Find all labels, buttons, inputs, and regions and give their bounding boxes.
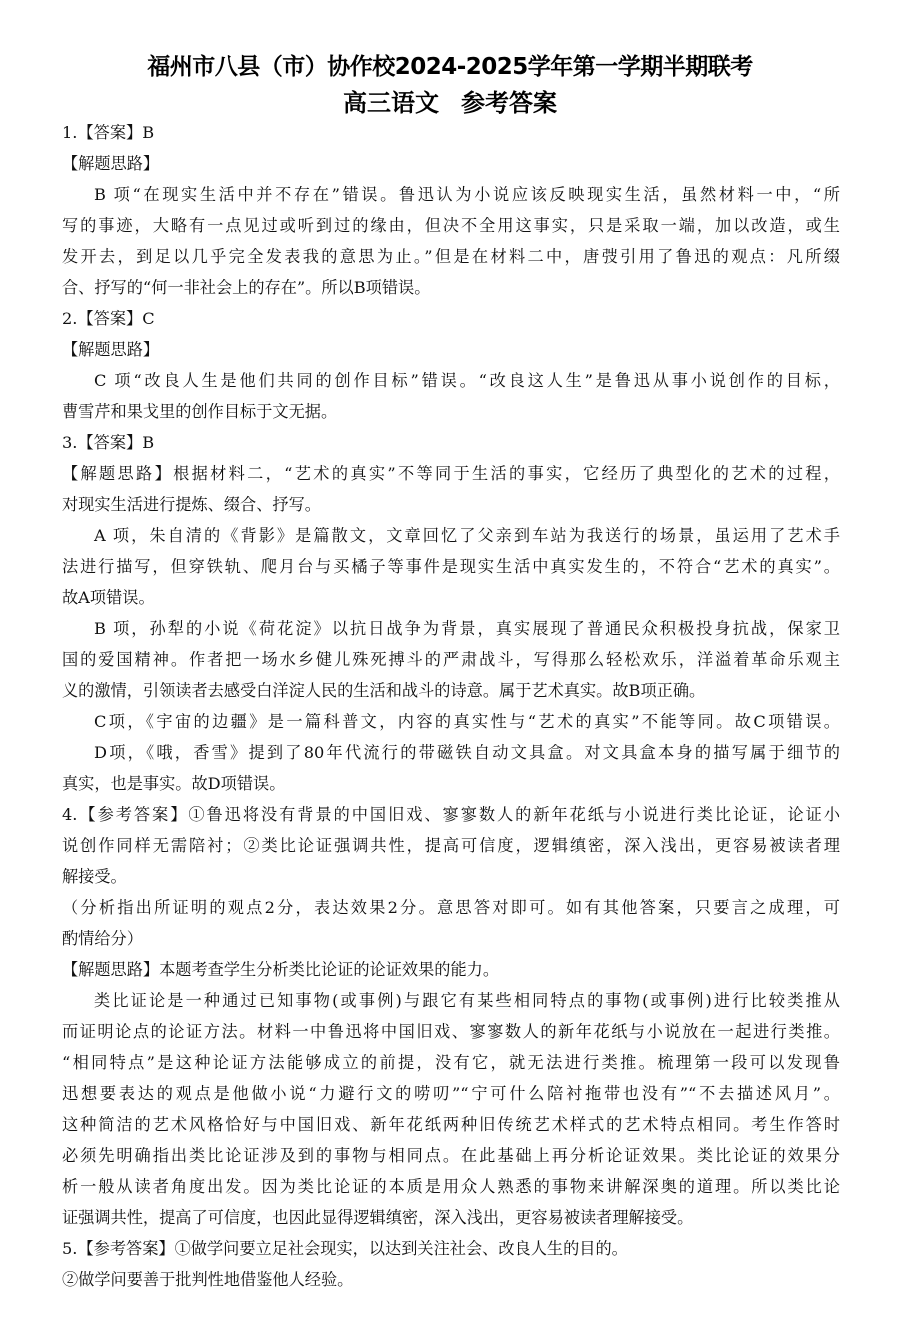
answer-line: 1.【答案】B <box>62 117 840 148</box>
question-3: 3.【答案】B 【解题思路】根据材料二，“艺术的真实”不等同于生活的事实，它经历… <box>62 427 840 799</box>
scoring-note-line: 酌情给分） <box>62 923 840 954</box>
answer-content: 1.【答案】B 【解题思路】 B 项“在现实生活中并不存在”错误。鲁迅认为小说应… <box>62 117 840 1295</box>
analysis-line: 对现实生活进行提炼、缀合、抒写。 <box>62 489 840 520</box>
answer-value: B <box>142 123 154 142</box>
analysis-line: 发开去，到足以几乎完全发表我的意思为止。”但是在材料二中，唐弢引用了鲁迅的观点：… <box>62 241 840 272</box>
analysis-label: 【解题思路】 <box>62 148 840 179</box>
analysis-label: 【解题思路】 <box>62 960 159 979</box>
option-a-line: A 项，朱自清的《背影》是篇散文，文章回忆了父亲到车站为我送行的场景，虽运用了艺… <box>62 520 840 551</box>
option-b-line: 义的激情，引领读者去感受白洋淀人民的生活和战斗的诗意。属于艺术真实。故B项正确。 <box>62 675 840 706</box>
answer-line: 说创作同样无需陪衬；②类比论证强调共性，提高可信度，逻辑缜密，深入浅出，更容易被… <box>62 830 840 861</box>
document-subtitle: 高三语文参考答案 <box>0 83 900 118</box>
question-number: 2. <box>62 309 77 328</box>
analysis-line: 写的事迹，大略有一点见过或听到过的缘由，但决不全用这事实，只是采取一端，加以改造… <box>62 210 840 241</box>
answer-line: 4.【参考答案】①鲁迅将没有背景的中国旧戏、寥寥数人的新年花纸与小说进行类比论证… <box>62 799 840 830</box>
subtitle-type: 参考答案 <box>461 89 557 117</box>
analysis-label: 【解题思路】 <box>62 334 840 365</box>
analysis-label: 【解题思路】 <box>62 464 173 483</box>
question-2: 2.【答案】C 【解题思路】 C 项“改良人生是他们共同的创作目标”错误。“改良… <box>62 303 840 427</box>
analysis-line: 这种简洁的艺术风格恰好与中国旧戏、新年花纸两种旧传统艺术样式的艺术特点相同。考生… <box>62 1109 840 1140</box>
answer-line: 3.【答案】B <box>62 427 840 458</box>
answer-line: 2.【答案】C <box>62 303 840 334</box>
option-c-line: C项，《宇宙的边疆》是一篇科普文，内容的真实性与“艺术的真实”不能等同。故C项错… <box>62 706 840 737</box>
answer-label: 【参考答案】 <box>77 1239 174 1258</box>
analysis-line: 曹雪芹和果戈里的创作目标于文无据。 <box>62 396 840 427</box>
answer-line: ②做学问要善于批判性地借鉴他人经验。 <box>62 1264 840 1295</box>
question-4: 4.【参考答案】①鲁迅将没有背景的中国旧戏、寥寥数人的新年花纸与小说进行类比论证… <box>62 799 840 1233</box>
analysis-line: 证强调共性，提高了可信度，也因此显得逻辑缜密，深入浅出，更容易被读者理解接受。 <box>62 1202 840 1233</box>
document-title: 福州市八县（市）协作校2024-2025学年第一学期半期联考 <box>0 48 900 81</box>
analysis-line: 合、抒写的“何一非社会上的存在”。所以B项错误。 <box>62 272 840 303</box>
answer-label: 【答案】 <box>77 309 142 328</box>
question-number: 3. <box>62 433 77 452</box>
question-number: 4. <box>62 805 77 824</box>
analysis-line: C 项“改良人生是他们共同的创作目标”错误。“改良这人生”是鲁迅从事小说创作的目… <box>62 365 840 396</box>
subtitle-subject: 高三语文 <box>343 89 439 117</box>
analysis-line: 【解题思路】本题考查学生分析类比论证的论证效果的能力。 <box>62 954 840 985</box>
question-5: 5.【参考答案】①做学问要立足社会现实，以达到关注社会、改良人生的目的。 ②做学… <box>62 1233 840 1295</box>
analysis-line: “相同特点”是这种论证方法能够成立的前提，没有它，就无法进行类推。梳理第一段可以… <box>62 1047 840 1078</box>
analysis-line: 类比证论是一种通过已知事物(或事例)与跟它有某些相同特点的事物(或事例)进行比较… <box>62 985 840 1016</box>
question-number: 1. <box>62 123 77 142</box>
option-b-line: 国的爱国精神。作者把一场水乡健儿殊死搏斗的严肃战斗，写得那么轻松欢乐，洋溢着革命… <box>62 644 840 675</box>
document-page: 福州市八县（市）协作校2024-2025学年第一学期半期联考 高三语文参考答案 … <box>0 0 900 1320</box>
option-d-line: D项，《哦，香雪》提到了80年代流行的带磁铁自动文具盒。对文具盒本身的描写属于细… <box>62 737 840 768</box>
scoring-note-line: （分析指出所证明的观点2分，表达效果2分。意思答对即可。如有其他答案，只要言之成… <box>62 892 840 923</box>
option-d-line: 真实，也是事实。故D项错误。 <box>62 768 840 799</box>
answer-value: C <box>142 309 154 328</box>
question-number: 5. <box>62 1239 77 1258</box>
analysis-line: 析一般从读者角度出发。因为类比论证的本质是用众人熟悉的事物来讲解深奥的道理。所以… <box>62 1171 840 1202</box>
answer-label: 【答案】 <box>77 123 142 142</box>
option-a-line: 故A项错误。 <box>62 582 840 613</box>
option-b-line: B 项，孙犁的小说《荷花淀》以抗日战争为背景，真实展现了普通民众积极投身抗战，保… <box>62 613 840 644</box>
analysis-line: 【解题思路】根据材料二，“艺术的真实”不等同于生活的事实，它经历了典型化的艺术的… <box>62 458 840 489</box>
analysis-line: 而证明论点的论证方法。材料一中鲁迅将中国旧戏、寥寥数人的新年花纸与小说放在一起进… <box>62 1016 840 1047</box>
answer-label: 【答案】 <box>77 433 142 452</box>
analysis-line: B 项“在现实生活中并不存在”错误。鲁迅认为小说应该反映现实生活，虽然材料一中，… <box>62 179 840 210</box>
analysis-line: 必须先明确指出类比论证涉及到的事物与相同点。在此基础上再分析论证效果。类比论证的… <box>62 1140 840 1171</box>
analysis-line: 迅想要表达的观点是他做小说“力避行文的唠叨”“宁可什么陪衬拖带也没有”“不去描述… <box>62 1078 840 1109</box>
answer-line: 5.【参考答案】①做学问要立足社会现实，以达到关注社会、改良人生的目的。 <box>62 1233 840 1264</box>
option-a-line: 法进行描写，但穿铁轨、爬月台与买橘子等事件是现实生活中真实发生的，不符合“艺术的… <box>62 551 840 582</box>
answer-line: 解接受。 <box>62 861 840 892</box>
answer-label: 【参考答案】 <box>77 805 188 824</box>
answer-value: B <box>142 433 154 452</box>
question-1: 1.【答案】B 【解题思路】 B 项“在现实生活中并不存在”错误。鲁迅认为小说应… <box>62 117 840 303</box>
